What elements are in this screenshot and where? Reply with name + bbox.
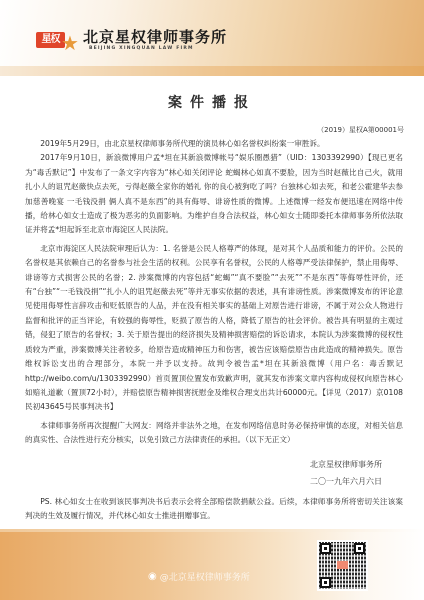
- qr-code: [317, 540, 368, 591]
- weibo-watermark: ◉ @北京星权律师事务所: [148, 570, 250, 583]
- paragraph-3: 北京市海淀区人民法院审理后认为：1. 名誉是公民人格尊严的体现，是对其个人品质和…: [25, 242, 403, 415]
- letterhead-stripe: [0, 66, 424, 76]
- paragraph-2: 2017年9月10日，新浪微博用户孟*坦在其新浪微博帐号“娱乐圈愚猎”（UID：…: [25, 151, 403, 237]
- document-number: （2019）星权A第00001号: [317, 125, 404, 135]
- signature-block: 北京星权律师事务所 二〇一九年六月六日: [310, 456, 382, 490]
- firm-name-en: BEIJING XINGQUAN LAW FIRM: [89, 46, 227, 52]
- paragraph-1: 2019年5月29日，由北京星权律师事务所代理的演员林心如名誉权纠纷案一审胜诉。: [25, 137, 403, 151]
- signature-firm: 北京星权律师事务所: [310, 456, 382, 473]
- document-body: 2019年5月29日，由北京星权律师事务所代理的演员林心如名誉权纠纷案一审胜诉。…: [25, 137, 403, 448]
- qr-center-logo-icon: [337, 561, 348, 569]
- weibo-icon: ◉: [148, 571, 157, 582]
- qr-finder-icon: [320, 577, 331, 588]
- postscript: PS. 林心如女士在收到该民事判决书后表示会将全部赔偿款捐献公益。后续，本律师事…: [25, 495, 403, 523]
- firm-name-block: 北京星权律师事务所 BEIJING XINGQUAN LAW FIRM: [83, 29, 227, 52]
- signature-date: 二〇一九年六月六日: [310, 473, 382, 490]
- qr-finder-icon: [320, 543, 331, 554]
- document-title: 案件播报: [0, 92, 424, 112]
- qr-finder-icon: [354, 543, 365, 554]
- firm-logo: 星权 ★ 北京星权律师事务所 BEIJING XINGQUAN LAW FIRM: [36, 27, 227, 53]
- star-icon: ★: [61, 33, 81, 53]
- paragraph-4: 本律师事务所再次提醒广大网友：网络并非法外之地，在发布网络信息时务必保持审慎的态…: [25, 419, 403, 448]
- firm-name-cn: 北京星权律师事务所: [83, 29, 227, 46]
- watermark-text: @北京星权律师事务所: [160, 570, 250, 583]
